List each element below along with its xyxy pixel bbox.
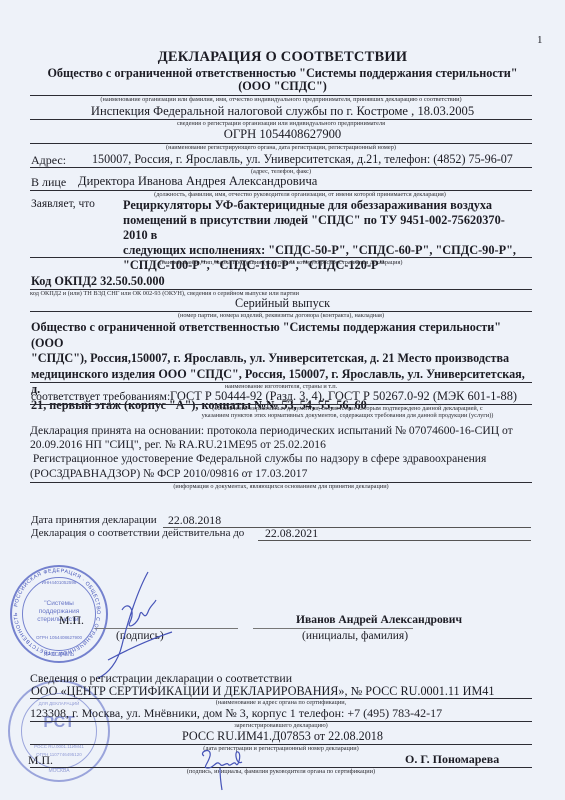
body-hint: (наименование и адрес органа по сертифик… xyxy=(30,699,532,706)
basis-line: Регистрационное удостоверение Федерально… xyxy=(30,452,540,466)
product-line: Рециркуляторы УФ-бактерицидные для обезз… xyxy=(123,198,528,213)
valid-until-label: Декларация о соответствии действительна … xyxy=(31,527,244,539)
basis-hint: (информация о документах, являющихся осн… xyxy=(30,483,532,490)
representative-label: В лице xyxy=(31,175,66,190)
certification-head-hint: (подпись, инициалы, фамилия руководителя… xyxy=(30,768,532,775)
registration-hint: сведения о регистрации организации или и… xyxy=(30,120,532,127)
stamp-ogrn: ОГРН 1107746495120 xyxy=(10,752,108,757)
page-number: 1 xyxy=(537,34,543,46)
registration-number-hint: (дата регистрации и регистрационный номе… xyxy=(30,745,532,752)
accepted-date-value: 22.08.2018 xyxy=(168,513,221,528)
requirements-label: соответствует требованиям: xyxy=(31,390,170,403)
batch-hint: (номер партии, номера изделий, реквизиты… xyxy=(30,312,532,319)
representative-value: Директора Иванова Андрея Александровича xyxy=(78,174,317,189)
basis-line: (РОСЗДРАВНАДЗОР) № ФСР 2010/09816 от 17.… xyxy=(30,467,540,481)
certification-body-name: ООО «ЦЕНТР СЕРТИФИКАЦИИ И ДЕКЛАРИРОВАНИЯ… xyxy=(31,684,494,699)
valid-until-value: 22.08.2021 xyxy=(265,526,318,541)
document-title: ДЕКЛАРАЦИЯ О СООТВЕТСТВИИ xyxy=(0,49,565,66)
ogrn-value: ОГРН 1054408627900 xyxy=(0,127,565,142)
requirements-value: ГОСТ Р 50444-92 (Разд. 3, 4), ГОСТ Р 502… xyxy=(170,389,517,404)
manufacturer-line: "СПДС"), Россия,150007, г. Ярославль, ул… xyxy=(31,351,531,367)
accepted-date-label: Дата принятия декларации xyxy=(31,514,157,526)
requirements-hint-2: указанием пунктов этих нормативных докум… xyxy=(165,412,530,419)
organization-hint: (наименование организации или фамилия, и… xyxy=(30,96,532,103)
signatory-name-hint: (инициалы, фамилия) xyxy=(302,630,408,642)
declaration-basis: Декларация принята на основании: протоко… xyxy=(30,424,540,481)
manufacturer-line: Общество с ограниченной ответственностью… xyxy=(31,320,531,351)
divider xyxy=(258,540,531,541)
basis-line: 20.09.2016 НП "СИЦ", рег. № RA.RU.21МЕ95… xyxy=(30,438,540,452)
requirements-hint-1: (обозначение нормативных документов, соо… xyxy=(165,405,530,412)
product-hint: (наименование, тип, марка продукции (усл… xyxy=(30,259,532,266)
batch-value: Серийный выпуск xyxy=(0,296,565,311)
certification-head-name: О. Г. Пономарева xyxy=(405,752,499,767)
declares-label: Заявляет, что xyxy=(31,198,95,210)
registration-authority: Инспекция Федеральной налоговой службы п… xyxy=(0,104,565,119)
mp-label-cert: М.П. xyxy=(28,753,53,768)
signatory-line xyxy=(253,628,413,629)
address-value: 150007, Россия, г. Ярославль, ул. Универ… xyxy=(92,152,513,167)
product-line: помещений в присутствии людей "СПДС" по … xyxy=(123,213,528,243)
basis-line: Декларация принята на основании: протоко… xyxy=(30,424,540,438)
signatory-name: Иванов Андрей Александрович xyxy=(296,613,462,626)
ogrn-hint: (наименование регистрирующего органа, да… xyxy=(30,144,532,151)
signature-ponomareva-icon xyxy=(190,742,250,792)
representative-hint: (должность, фамилия, имя, отчество руков… xyxy=(100,191,500,198)
registration-number: РОСС RU.ИМ41.Д07853 от 22.08.2018 xyxy=(0,729,565,744)
signature-ivanov-icon xyxy=(78,570,178,680)
address-label: Адрес: xyxy=(31,153,66,168)
address-hint: зарегистрировавшего декларацию) xyxy=(30,722,532,729)
certification-body-address: 123308, г. Москва, ул. Мнёвники, дом № 3… xyxy=(30,706,442,721)
organization-short-name: (ООО "СПДС") xyxy=(0,79,565,94)
product-line: следующих исполнениях: "СПДС-50-Р", "СПД… xyxy=(123,243,528,258)
okpd-code: Код ОКПД2 32.50.50.000 xyxy=(31,274,165,289)
divider xyxy=(30,257,532,258)
